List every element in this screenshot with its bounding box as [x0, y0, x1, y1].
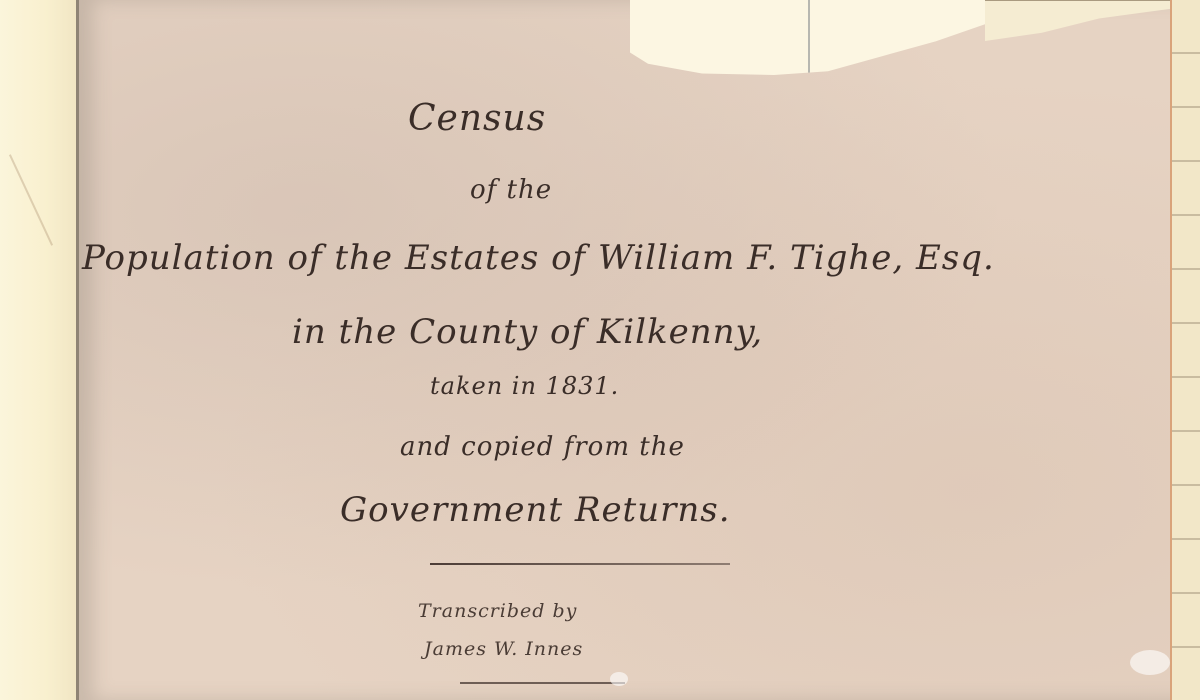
paper-fold-line: [808, 0, 810, 75]
title-line-population: Population of the Estates of William F. …: [82, 238, 995, 278]
title-line-county: in the County of Kilkenny,: [292, 312, 763, 352]
paper-stain: [1130, 650, 1170, 675]
paper-stain: [610, 672, 628, 686]
title-line-of-the: of the: [470, 175, 552, 205]
underlying-sheet-left: [0, 0, 76, 700]
paper-crease: [9, 154, 53, 245]
document-title: Census: [408, 98, 546, 139]
transcriber-signature: James W. Innes: [424, 638, 583, 660]
transcribed-by-label: Transcribed by: [418, 600, 577, 622]
title-line-copied: and copied from the: [400, 432, 685, 462]
title-line-year: taken in 1831.: [430, 372, 619, 400]
divider-rule: [430, 563, 730, 565]
title-line-returns: Government Returns.: [340, 490, 731, 530]
underlying-ledger-edge: [1170, 0, 1200, 700]
signature-underline: [460, 682, 625, 684]
